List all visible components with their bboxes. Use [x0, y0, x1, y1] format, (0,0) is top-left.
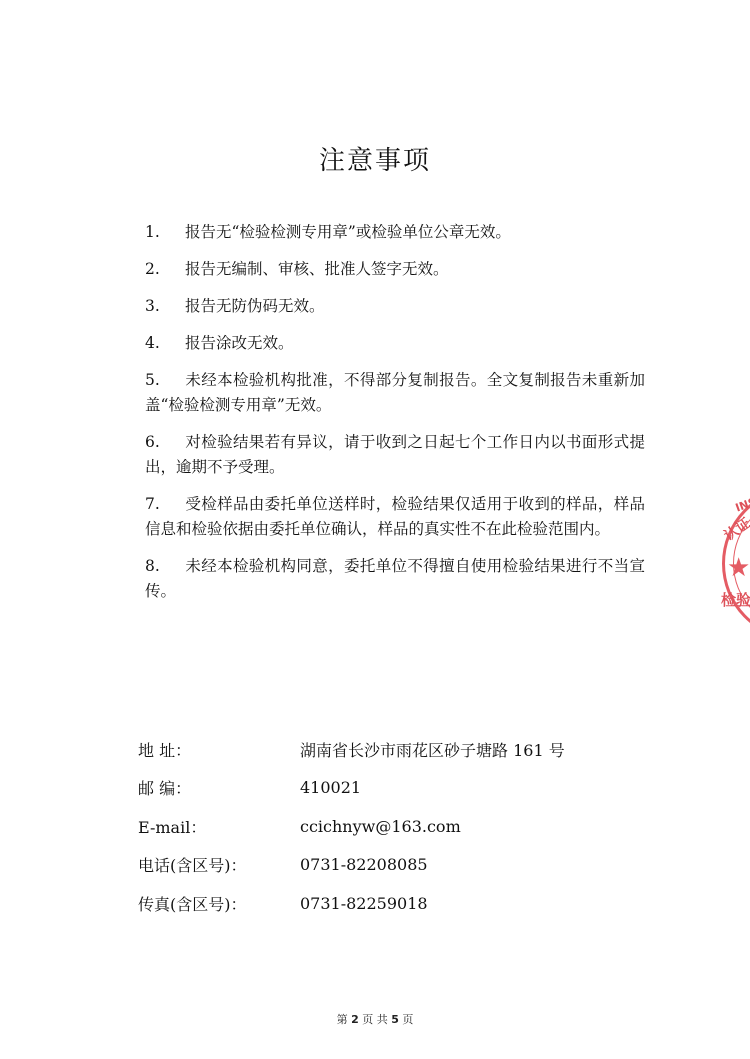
contact-label: 电话(含区号)：	[138, 853, 300, 876]
note-number: 5.	[145, 368, 175, 393]
stamp-top-text: INSP	[734, 492, 750, 514]
note-text: 未经本检验机构批准，不得部分复制报告。全文复制报告未重新加盖“检验检测专用章”无…	[145, 371, 645, 414]
note-number: 6.	[145, 430, 175, 455]
stamp-line3-text: 检验检	[721, 589, 750, 610]
contact-label: 地 址：	[138, 738, 300, 761]
note-item: 6.对检验结果若有异议，请于收到之日起七个工作日内以书面形式提出，逾期不予受理。	[145, 430, 645, 480]
note-item: 2.报告无编制、审核、批准人签字无效。	[145, 257, 645, 282]
contact-value: 0731-82208085	[300, 855, 428, 874]
contact-value: ccichnyw@163.com	[300, 817, 461, 836]
contact-info: 地 址： 湖南省长沙市雨花区砂子塘路 161 号 邮 编： 410021 E-m…	[138, 730, 565, 923]
contact-label: 传真(含区号)：	[138, 892, 300, 915]
contact-row-postcode: 邮 编： 410021	[138, 769, 565, 808]
contact-row-phone: 电话(含区号)： 0731-82208085	[138, 846, 565, 885]
note-item: 8.未经本检验机构同意，委托单位不得擅自使用检验结果进行不当宣传。	[145, 554, 645, 604]
contact-row-address: 地 址： 湖南省长沙市雨花区砂子塘路 161 号	[138, 730, 565, 769]
note-item: 7.受检样品由委托单位送样时，检验结果仅适用于收到的样品，样品信息和检验依据由委…	[145, 492, 645, 542]
note-text: 未经本检验机构同意，委托单位不得擅自使用检验结果进行不当宣传。	[145, 557, 645, 600]
page-footer: 第 2 页 共 5 页	[0, 1011, 750, 1027]
contact-value: 410021	[300, 778, 361, 797]
note-item: 3.报告无防伪码无效。	[145, 294, 645, 319]
footer-middle: 页 共	[362, 1013, 388, 1026]
note-number: 3.	[145, 294, 185, 319]
note-number: 1.	[145, 220, 185, 245]
total-page-count: 5	[391, 1013, 399, 1026]
contact-value: 0731-82259018	[300, 894, 428, 913]
note-text: 报告涂改无效。	[185, 334, 294, 352]
footer-suffix: 页	[402, 1013, 413, 1026]
note-number: 2.	[145, 257, 185, 282]
page-title: 注意事项	[0, 140, 750, 177]
note-number: 4.	[145, 331, 185, 356]
star-icon: ★	[727, 553, 750, 583]
footer-prefix: 第	[337, 1013, 348, 1026]
note-item: 4.报告涂改无效。	[145, 331, 645, 356]
contact-row-email: E-mail： ccichnyw@163.com	[138, 807, 565, 846]
contact-label: E-mail：	[138, 815, 300, 838]
note-item: 5.未经本检验机构批准，不得部分复制报告。全文复制报告未重新加盖“检验检测专用章…	[145, 368, 645, 418]
notes-list: 1.报告无“检验检测专用章”或检验单位公章无效。 2.报告无编制、审核、批准人签…	[145, 220, 645, 616]
current-page-number: 2	[351, 1013, 359, 1026]
note-number: 8.	[145, 554, 175, 579]
note-text: 报告无防伪码无效。	[185, 297, 325, 315]
note-text: 对检验结果若有异议，请于收到之日起七个工作日内以书面形式提出，逾期不予受理。	[145, 433, 645, 476]
contact-row-fax: 传真(含区号)： 0731-82259018	[138, 884, 565, 923]
contact-value: 湖南省长沙市雨花区砂子塘路 161 号	[300, 738, 565, 761]
note-text: 报告无“检验检测专用章”或检验单位公章无效。	[185, 223, 511, 241]
note-item: 1.报告无“检验检测专用章”或检验单位公章无效。	[145, 220, 645, 245]
contact-label: 邮 编：	[138, 776, 300, 799]
official-seal-stamp: INSP 认证 ★ 检验检	[722, 488, 750, 639]
note-number: 7.	[145, 492, 175, 517]
note-text: 受检样品由委托单位送样时，检验结果仅适用于收到的样品，样品信息和检验依据由委托单…	[145, 495, 645, 538]
note-text: 报告无编制、审核、批准人签字无效。	[185, 260, 449, 278]
